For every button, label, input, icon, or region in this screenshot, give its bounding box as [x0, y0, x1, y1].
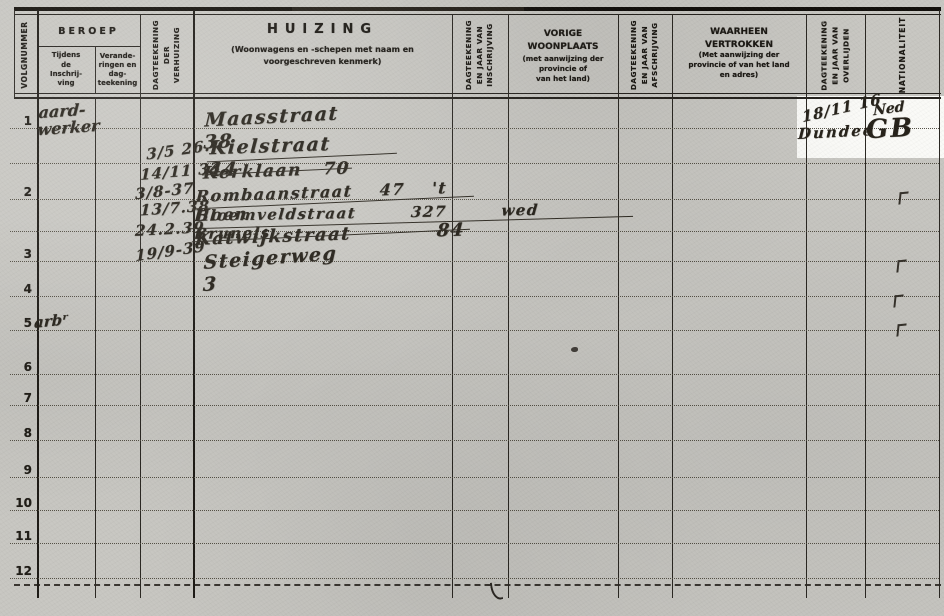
row-rule: [10, 374, 939, 375]
col-header-dagteekening-inschrijving: DAGTEEKENING EN JAAR VAN INSCHRIJVING: [452, 15, 508, 95]
col-header-dagteekening-verhuizing: DAGTEEKENING DER VERHUIZING: [141, 15, 193, 95]
col-subheader-beroep-tijdens: Tijdens de Inschrij- ving: [38, 47, 94, 93]
nationaliteit-entry-2: GB: [865, 113, 915, 145]
col-header-vorige-woonplaats-subtitle: (met aanwijzing der provincie of van het…: [508, 54, 618, 84]
pen-mark: [898, 191, 908, 204]
row-number: 5: [6, 317, 32, 330]
row-rule: [10, 440, 939, 441]
row-number: 3: [6, 248, 32, 261]
row-number: 2: [6, 186, 32, 199]
col-subheader-beroep-veranderingen: Verande- ringen en dag- teekening: [95, 47, 140, 93]
ink-blot: [571, 347, 578, 352]
row-number: 7: [6, 392, 32, 405]
col-header-waarheen-vertrokken-subtitle: (Met aanwijzing der provincie of van het…: [672, 50, 806, 80]
beroep-entry-row5: arbʳ: [34, 310, 69, 332]
col-line-beroep-split-body: [95, 97, 96, 598]
row-number: 6: [6, 361, 32, 374]
col-header-nationaliteit: NATIONALITEIT: [865, 13, 941, 97]
col-header-dagteekening-afschrijving: DAGTEEKENING EN JAAR VAN AFSCHRIJVING: [618, 15, 672, 95]
row-number: 1: [6, 115, 32, 128]
row-number: 10: [6, 497, 32, 510]
row-number: 8: [6, 427, 32, 440]
col-header-huizing: HUIZING: [193, 22, 452, 37]
pen-mark: [896, 259, 906, 272]
row-number: 9: [6, 464, 32, 477]
row-rule: [10, 510, 939, 511]
beroep-entry-row1: aard- werker: [37, 100, 101, 139]
row-number: 4: [6, 283, 32, 296]
row-number: 11: [6, 530, 32, 543]
pen-mark: [893, 294, 903, 307]
register-card-scan: VOLGNUMMER BEROEP Tijdens de Inschrij- v…: [0, 0, 944, 616]
pen-mark: [896, 323, 906, 336]
col-header-volgnummer: VOLGNUMMER: [14, 15, 36, 95]
row-rule: [10, 578, 939, 579]
row-rule: [10, 296, 939, 297]
col-header-dagteekening-overlijden: DAGTEEKENING EN JAAR VAN OVERLIJDEN: [807, 16, 866, 96]
row-rule: [10, 477, 939, 478]
row-rule: [10, 330, 939, 331]
col-header-vorige-woonplaats: VORIGE WOONPLAATS: [508, 28, 618, 53]
pen-flourish: [490, 581, 503, 600]
col-header-huizing-subtitle: (Woonwagens en -schepen met naam en voor…: [193, 44, 452, 68]
col-header-beroep: BEROEP: [37, 17, 140, 45]
col-header-waarheen-vertrokken: WAARHEEN VERTROKKEN: [672, 26, 806, 51]
table-top-border: [14, 7, 941, 11]
table-bottom-border: [14, 584, 941, 586]
row-rule: [10, 405, 939, 406]
row-number: 12: [6, 565, 32, 578]
row-rule: [10, 543, 939, 544]
col-line-right-border: [939, 10, 940, 598]
address-entry: Kerklaan 70: [202, 158, 353, 183]
header-bottom-rule-heavy: [14, 97, 941, 99]
